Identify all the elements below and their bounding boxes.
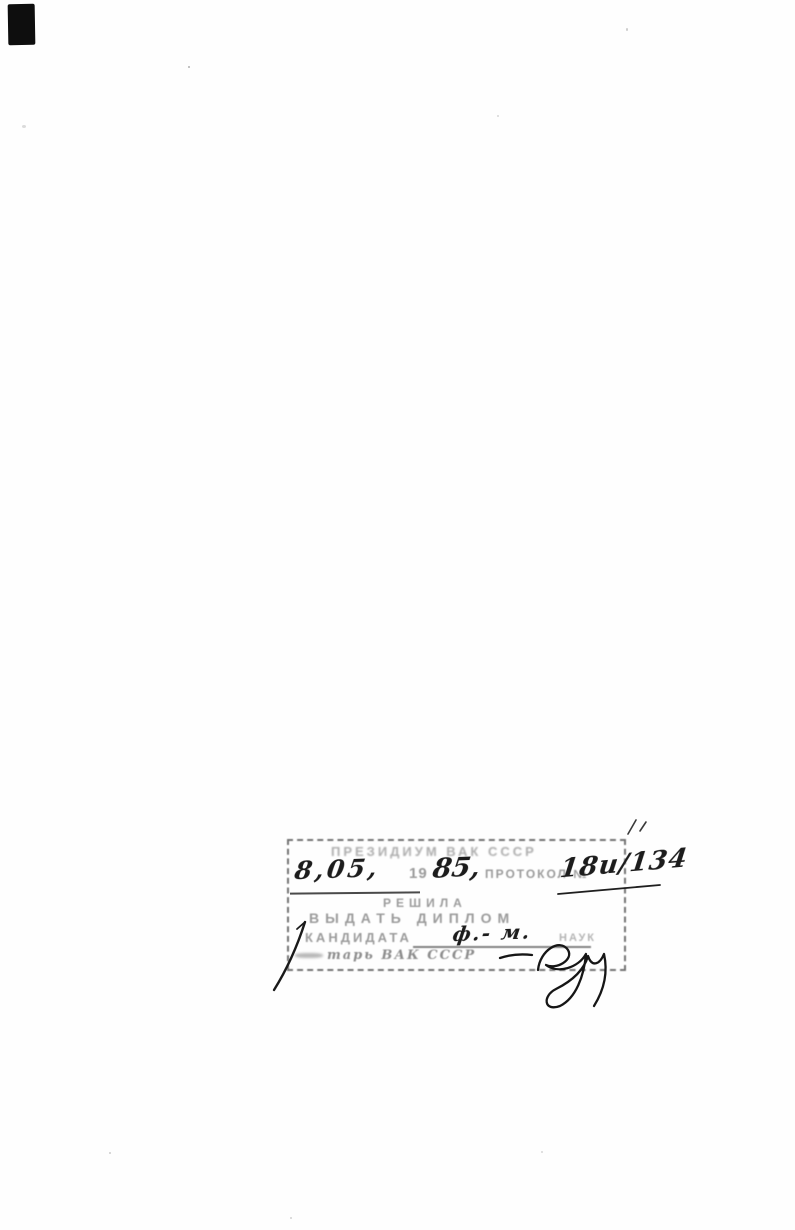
protocol-underline [558, 885, 660, 894]
pen-slash-stroke [274, 922, 305, 990]
pen-ticks [628, 820, 646, 834]
scan-corner-mark [8, 4, 36, 45]
pen-ink-overlay [250, 800, 700, 1030]
signature-ink [500, 945, 606, 1007]
scanned-page: ПРЕЗИДИУМ ВАК СССР 8,05, 19 85, ПРОТОКОЛ… [0, 0, 795, 1230]
